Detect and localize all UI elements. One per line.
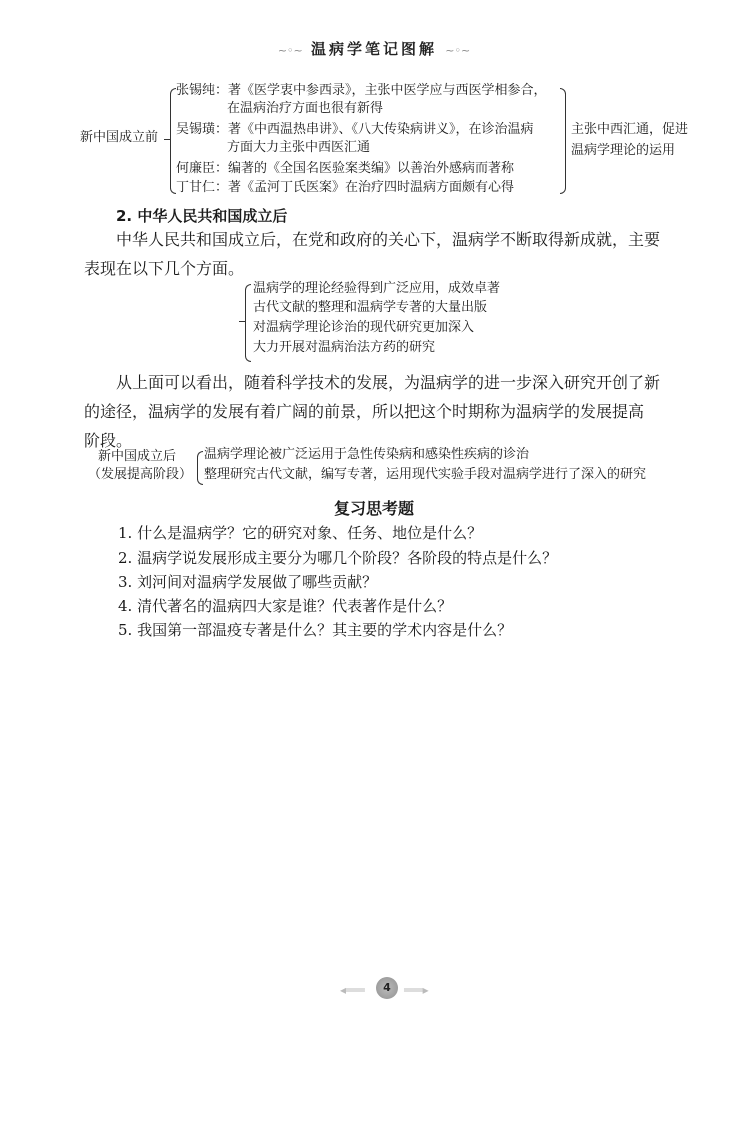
left-brace-tip [164, 139, 170, 140]
aspect-item: 大力开展对温病治法方药的研究 [253, 338, 435, 358]
aspect-item: 对温病学理论诊治的现代研究更加深入 [253, 318, 474, 338]
header-ornament-right: ~◦~ [445, 44, 470, 57]
pre-founding-label: 新中国成立前 [80, 128, 158, 148]
running-header: ~◦~ 温病学笔记图解 ~◦~ [0, 38, 748, 59]
item-zhang-xichun: 张锡纯：著《医学衷中参西录》，主张中医学应与西医学相参合， [176, 81, 547, 101]
item-wu-xihuang-cont: 方面大力主张中西医汇通 [227, 138, 370, 158]
item-text: 著《孟河丁氏医案》在治疗四时温病方面颇有心得 [228, 180, 514, 195]
review-title: 复习思考题 [0, 496, 748, 519]
review-question: 3. 刘河间对温病学发展做了哪些贡献？ [118, 570, 377, 595]
item-name: 丁甘仁： [176, 180, 228, 195]
header-ornament-left: ~◦~ [278, 44, 303, 57]
section-2-title: 2. 中华人民共和国成立后 [116, 205, 287, 226]
summary-line-1: 主张中西汇通，促进 [571, 120, 688, 140]
review-question: 2. 温病学说发展形成主要分为哪几个阶段？各阶段的特点是什么？ [118, 546, 557, 571]
post-founding-label-2: （发展提高阶段） [88, 465, 192, 485]
item-name: 何廉臣： [176, 161, 228, 176]
right-brace [560, 88, 566, 194]
review-question: 1. 什么是温病学？它的研究对象、任务、地位是什么？ [118, 521, 482, 546]
post-founding-brace [197, 451, 203, 485]
item-he-lianchen: 何廉臣：编著的《全国名医验案类编》以善治外感病而著称 [176, 159, 514, 179]
summary-line-2: 温病学理论的运用 [571, 141, 675, 161]
footer-arrow-right-icon: ═══▸ [404, 983, 428, 997]
page-number: 4 [376, 977, 398, 999]
section-2-intro: 中华人民共和国成立后，在党和政府的关心下，温病学不断取得新成就，主要 表现在以下… [84, 225, 692, 283]
review-question: 5. 我国第一部温疫专著是什么？其主要的学术内容是什么？ [118, 618, 512, 643]
post-founding-label-1: 新中国成立后 [98, 447, 176, 467]
item-name: 吴锡璜： [176, 122, 228, 137]
item-name: 张锡纯： [176, 83, 228, 98]
item-wu-xihuang: 吴锡璜：著《中西温热串讲》、《八大传染病讲义》，在诊治温病 [176, 120, 534, 140]
item-zhang-xichun-cont: 在温病治疗方面也很有新得 [227, 99, 383, 119]
item-ding-ganren: 丁甘仁：著《孟河丁氏医案》在治疗四时温病方面颇有心得 [176, 178, 514, 198]
intro-line-1: 中华人民共和国成立后，在党和政府的关心下，温病学不断取得新成就，主要 [116, 230, 660, 249]
post-item: 温病学理论被广泛运用于急性传染病和感染性疾病的诊治 [204, 445, 529, 465]
aspect-item: 温病学的理论经验得到广泛应用，成效卓著 [253, 279, 500, 299]
aspects-brace [245, 284, 251, 362]
post-item: 整理研究古代文献，编写专著，运用现代实验手段对温病学进行了深入的研究 [204, 465, 646, 485]
header-title: 温病学笔记图解 [311, 40, 437, 58]
review-question: 4. 清代著名的温病四大家是谁？代表著作是什么？ [118, 594, 452, 619]
aspect-item: 古代文献的整理和温病学专著的大量出版 [253, 298, 487, 318]
aspects-brace-tip [239, 321, 245, 322]
item-text: 著《中西温热串讲》、《八大传染病讲义》，在诊治温病 [228, 122, 534, 137]
conclusion-line-2: 的途径，温病学的发展有着广阔的前景，所以把这个时期称为温病学的发展提高 [84, 397, 692, 426]
item-text: 著《医学衷中参西录》，主张中医学应与西医学相参合， [228, 83, 547, 98]
conclusion-line-1: 从上面可以看出，随着科学技术的发展，为温病学的进一步深入研究开创了新 [116, 373, 660, 392]
footer-arrow-left-icon: ◂═══ [340, 983, 364, 997]
item-text: 编著的《全国名医验案类编》以善治外感病而著称 [228, 161, 514, 176]
section-2-conclusion: 从上面可以看出，随着科学技术的发展，为温病学的进一步深入研究开创了新 的途径，温… [84, 368, 692, 455]
